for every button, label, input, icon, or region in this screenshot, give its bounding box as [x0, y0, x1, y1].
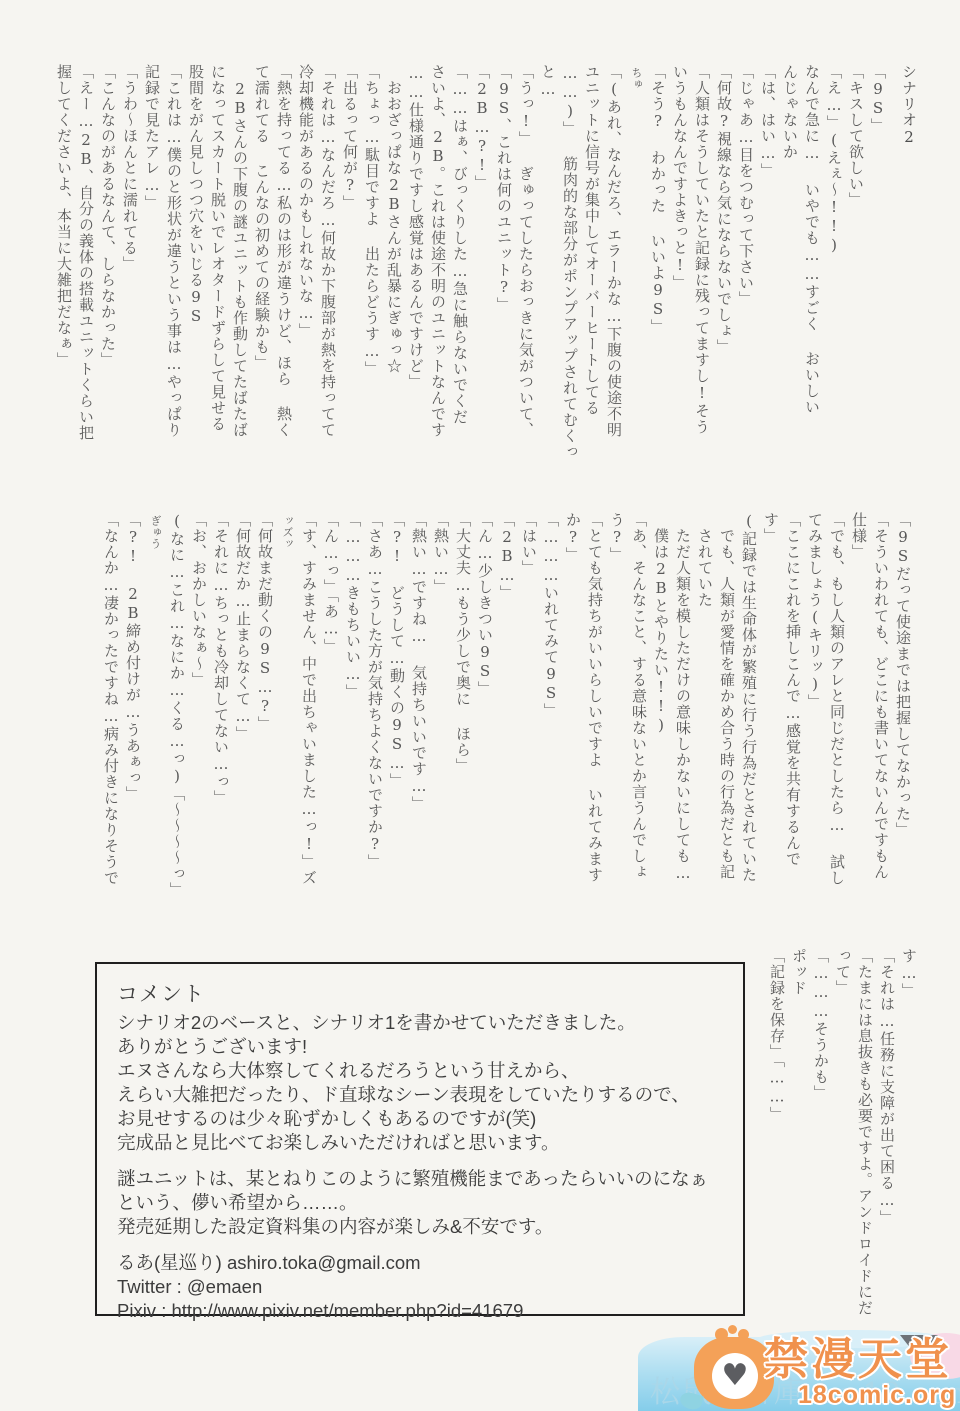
comment-line: るあ(星巡り) ashiro.toka@gmail.com — [117, 1251, 723, 1275]
comment-line: シナリオ2のベースと、シナリオ1を書かせていただきました。 — [117, 1011, 723, 1035]
comment-line: 発売延期した設定資料集の内容が楽しみ&不安です。 — [117, 1215, 723, 1239]
text-column: 「大丈夫…もう少しで奥に ほら」 — [452, 512, 474, 964]
scenario-text-block-2: 「9Sだって使途までは把握してなかった」「そういわれても、どこにも書いてないんで… — [100, 512, 914, 964]
text-column: 「何故まだ動くの9S…?」 — [254, 512, 276, 964]
text-column: 「出るって何が?」 — [339, 64, 361, 524]
text-column: ……)」 筋肉的な部分がポンプアップされてむくっ — [559, 64, 581, 524]
text-column: 「うわ〜ほんとに濡れてる」 — [119, 64, 141, 524]
text-column: 「お、おかしいなぁ〜」 — [188, 512, 210, 964]
text-column: なんで急に… いやでも……すごく おいしい — [801, 64, 823, 524]
text-column: 「9Sだって使途までは把握してなかった」 — [892, 512, 914, 964]
text-column: 「こんなのがあるなんて、しらなかった」 — [97, 64, 119, 524]
comment-line: お見せするのは少々恥ずかしくもあるのですが(笑) — [117, 1107, 723, 1131]
text-column: てみましょう(キリッ)」 — [804, 512, 826, 964]
text-column: 「熱い…ですね… 気持ちいいです…」 — [408, 512, 430, 964]
text-column: 「す、すみません、中で出ちゃいました…っ!」ズ — [298, 512, 320, 964]
text-column: 「えー…2B、自分の義体の搭載ユニットくらい把 — [75, 64, 97, 524]
text-column: になってスカート脱いでレオタードずらして見せる — [207, 64, 229, 524]
page-title: シナリオ2 — [898, 64, 920, 524]
text-column: でも、人類が愛情を確かめ合う時の行為だとも記 — [716, 512, 738, 964]
text-column: 「………きもちいい…」 — [342, 512, 364, 964]
text-column: 「それは…任務に支障が出て困る…」 — [876, 948, 898, 1346]
text-column: 僕は2Bとやりたい!!) — [650, 512, 672, 964]
text-column: 股間をがん見しつつ穴をいじる9S — [185, 64, 207, 524]
comment-line: ありがとうございます! — [117, 1035, 723, 1059]
text-column: 「2B…」 — [496, 512, 518, 964]
text-column: おおざっぱな2Bさんが乱暴にぎゅっ☆ — [383, 64, 405, 524]
comment-line: 完成品と見比べてお楽しみいただければと思います。 — [117, 1131, 723, 1155]
text-column: んじゃないか — [779, 64, 801, 524]
text-column: 「熱い…」 — [430, 512, 452, 964]
text-column: 「人類はそうしていたと記録に残ってますし!そう — [691, 64, 713, 524]
text-column: (なに…これ…なにか…くる…っ)「〜〜〜〜っ」 — [166, 512, 188, 964]
text-column: 「熱を持ってる…私のは形が違うけど、ほら 熱く — [273, 64, 295, 524]
watermark-url: 18comic.org — [798, 1382, 956, 1408]
text-column: 「たまには息抜きも必要ですよ。アンドロイドにだ — [854, 948, 876, 1346]
text-column: さいよ、2B。これは使途不明のユニットなんです — [427, 64, 449, 524]
text-column: いうもんなんですよきっと!」 — [669, 64, 691, 524]
text-column: 「ん…少しきつい9S」 — [474, 512, 496, 964]
comment-body: シナリオ2のベースと、シナリオ1を書かせていただきました。ありがとうございます!… — [117, 1011, 723, 1323]
text-column: (記録では生命体が繁殖に行う行為だとされていた — [738, 512, 760, 964]
text-column: 「これは…僕のと形状が違うという事は…やっぱり — [163, 64, 185, 524]
text-column: 「9S、これは何のユニット?」 — [493, 64, 515, 524]
comment-heading: コメント — [117, 982, 723, 1008]
text-column: ちゅ — [625, 64, 647, 524]
scenario-text-block-3: す…」「それは…任務に支障が出て困る…」「たまには息抜きも必要ですよ。アンドロイ… — [766, 948, 920, 1346]
text-column: 「とても気持ちがいいらしいですよ いれてみます — [584, 512, 606, 964]
text-column: されていた — [694, 512, 716, 964]
comment-box: コメント シナリオ2のベースと、シナリオ1を書かせていただきました。ありがとうご… — [95, 962, 745, 1316]
scenario-text-block-1: シナリオ2「9S」「キスして欲しい」「え…」(えぇ〜!!)なんで急に… いやでも… — [53, 64, 920, 524]
text-column: 「うっ!」 ぎゅってしたらおっきに気がついて、 — [515, 64, 537, 524]
text-column: す」 — [760, 512, 782, 964]
text-column: 「なんか…凄かったですね…病み付きになりそうで — [100, 512, 122, 964]
comment-line: Pixiv : http://www.pixiv.net/member.php?… — [117, 1299, 723, 1323]
text-column: ッズッ — [276, 512, 298, 964]
text-column: 「は、はい…」 — [757, 64, 779, 524]
watermark-brand: 禁漫天堂 — [764, 1337, 952, 1383]
text-column: 「記録を保存」「……」 — [766, 948, 788, 1346]
whale-spout-icon — [728, 1325, 737, 1334]
doujin-script-page: シナリオ2「9S」「キスして欲しい」「え…」(えぇ〜!!)なんで急に… いやでも… — [0, 0, 960, 1411]
text-column: ただ人類を模しただけの意味しかないにしても… — [672, 512, 694, 964]
comment-line: えらい大雑把だったり、ド直球なシーン表現をしていたりするので、 — [117, 1083, 723, 1107]
text-column: 「さあ…こうした方が気持ちよくないですか?」 — [364, 512, 386, 964]
text-column: 「(あれ、なんだろ、エラーかな…下腹の使途不明 — [603, 64, 625, 524]
text-column: う?」 — [606, 512, 628, 964]
text-column: 「そういわれても、どこにも書いてないんですもん — [870, 512, 892, 964]
text-column: 2Bさんの下腹の謎ユニットも作動してたばたば — [229, 64, 251, 524]
comment-line: という、儚い希望から……。 — [117, 1191, 723, 1215]
whale-badge-circle: ♥ — [712, 1353, 758, 1399]
text-column: 「え…」(えぇ〜!!) — [823, 64, 845, 524]
text-column: 握してくださいよ、本当に大雑把だなぁ」 — [53, 64, 75, 524]
text-column: 「9S」 — [867, 64, 889, 524]
text-column: 「ん…っ」「あ…」 — [320, 512, 342, 964]
comment-line: 謎ユニットは、某とねりこのように繁殖機能まであったらいいのになぁ — [117, 1167, 723, 1191]
text-column: 「……はぁ、びっくりした…急に触らないでくだ — [449, 64, 471, 524]
text-column: 「?! どうして…動くの9S…」 — [386, 512, 408, 964]
text-column: 仕様」 — [848, 512, 870, 964]
text-column: 「でも、もし人類のアレと同じだとしたら… 試し — [826, 512, 848, 964]
text-column: 「………いれてみて9S」 — [540, 512, 562, 964]
text-column: 「2B…?!」 — [471, 64, 493, 524]
text-column: か?」 — [562, 512, 584, 964]
text-column: って」 — [832, 948, 854, 1346]
text-column: 「何故だか…止まらなくて…」 — [232, 512, 254, 964]
text-column: す…」 — [898, 948, 920, 1346]
text-column: 「何故?視線なら気にならないでしょ」 — [713, 64, 735, 524]
text-column: 「ちょっ…駄目ですよ 出たらどうす…」 — [361, 64, 383, 524]
watermark-banner: 松鼠症倉庫 ： Am18.com ♥ 禁漫天堂 18comic.org — [648, 1337, 960, 1411]
comment-line — [117, 1155, 723, 1167]
text-column: と… — [537, 64, 559, 524]
text-column: 「………そうかも」 — [810, 948, 832, 1346]
text-column: 「あ、そんなこと、する意味ないとか言うんでしょ — [628, 512, 650, 964]
text-column: ポッド — [788, 948, 810, 1346]
text-column: 「それに…ちっとも冷却してない…っ」 — [210, 512, 232, 964]
text-column: 冷却機能があるのかもしれないな…」 — [295, 64, 317, 524]
text-column: 「ここにこれを挿しこんで…感覚を共有するんで — [782, 512, 804, 964]
text-column: 「?! 2B締め付けが…うあぁっ」 — [122, 512, 144, 964]
text-column: 「そう? わかった いいよ9S」 — [647, 64, 669, 524]
text-column: て濡れてる こんなの初めての経験かも」 — [251, 64, 273, 524]
heart-icon: ♥ — [722, 1361, 749, 1391]
whale-mascot-icon: ♥ — [688, 1323, 776, 1411]
text-column: 「キスして欲しい」 — [845, 64, 867, 524]
text-column: ユニットに信号が集中してオーバーヒートしてる — [581, 64, 603, 524]
text-column: 「それは…なんだろ…何故か下腹部が熱を持ってて — [317, 64, 339, 524]
comment-line: Twitter : @emaen — [117, 1275, 723, 1299]
text-column: 「はい」 — [518, 512, 540, 964]
text-column: 「じゃあ…目をつむって下さい」 — [735, 64, 757, 524]
text-column: ぎゅう — [144, 512, 166, 964]
text-column: 記録で見たアレ…」 — [141, 64, 163, 524]
comment-line: エヌさんなら大体察してくれるだろうという甘えから、 — [117, 1059, 723, 1083]
comment-line — [117, 1239, 723, 1251]
text-column: ……仕様通りですし感覚はあるんですけど」 — [405, 64, 427, 524]
